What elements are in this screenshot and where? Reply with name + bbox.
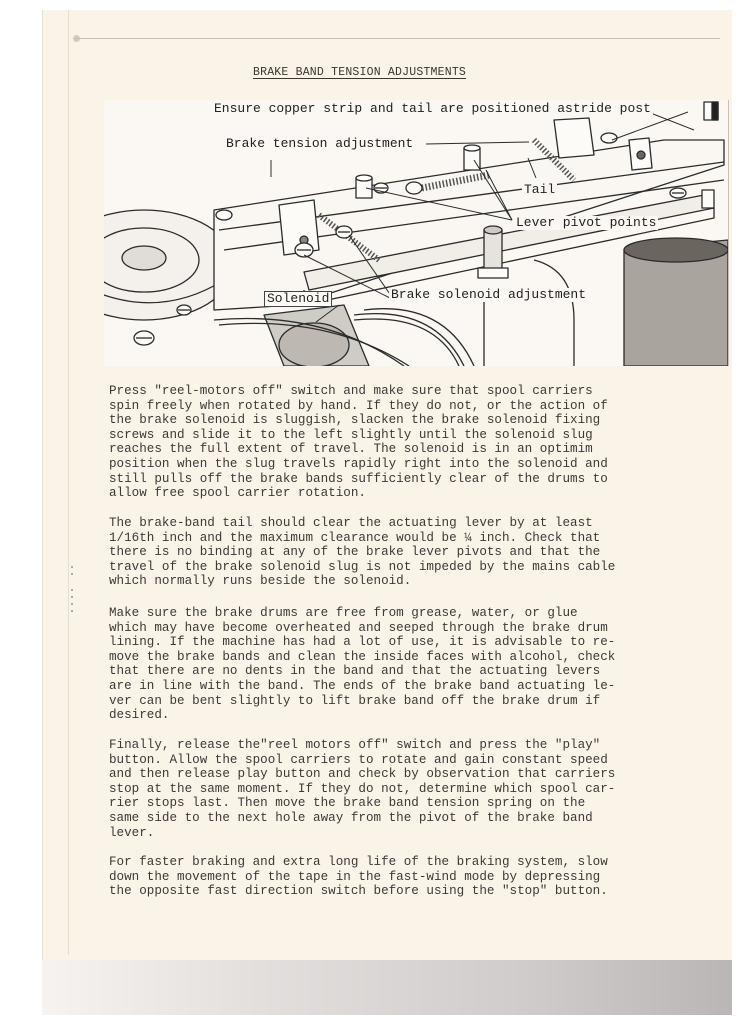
- scan-shadow: [42, 960, 732, 1015]
- paragraph-final-check: Finally, release the"reel motors off" sw…: [109, 738, 724, 840]
- paragraph-brake-drums: Make sure the brake drums are free from …: [109, 606, 724, 723]
- paragraph-reel-motors: Press "reel-motors off" switch and make …: [109, 384, 724, 501]
- callout-solenoid: Solenoid: [264, 291, 332, 307]
- brake-mechanism-drawing: [104, 100, 728, 366]
- header-rule: [75, 38, 720, 39]
- callout-lever-pivot: Lever pivot points: [514, 216, 658, 230]
- margin-marks: [71, 566, 74, 617]
- callout-copper-strip: Ensure copper strip and tail are positio…: [212, 102, 653, 116]
- callout-brake-solenoid: Brake solenoid adjustment: [389, 288, 588, 302]
- mechanism-figure: Ensure copper strip and tail are positio…: [104, 100, 729, 366]
- page-fold-edge: [68, 10, 69, 955]
- paragraph-faster-braking: For faster braking and extra long life o…: [109, 855, 724, 899]
- callout-brake-tension: Brake tension adjustment: [224, 137, 415, 151]
- callout-tail: Tail: [522, 183, 557, 197]
- paragraph-brake-band-tail: The brake-band tail should clear the act…: [109, 516, 724, 589]
- page-title: BRAKE BAND TENSION ADJUSTMENTS: [253, 66, 466, 79]
